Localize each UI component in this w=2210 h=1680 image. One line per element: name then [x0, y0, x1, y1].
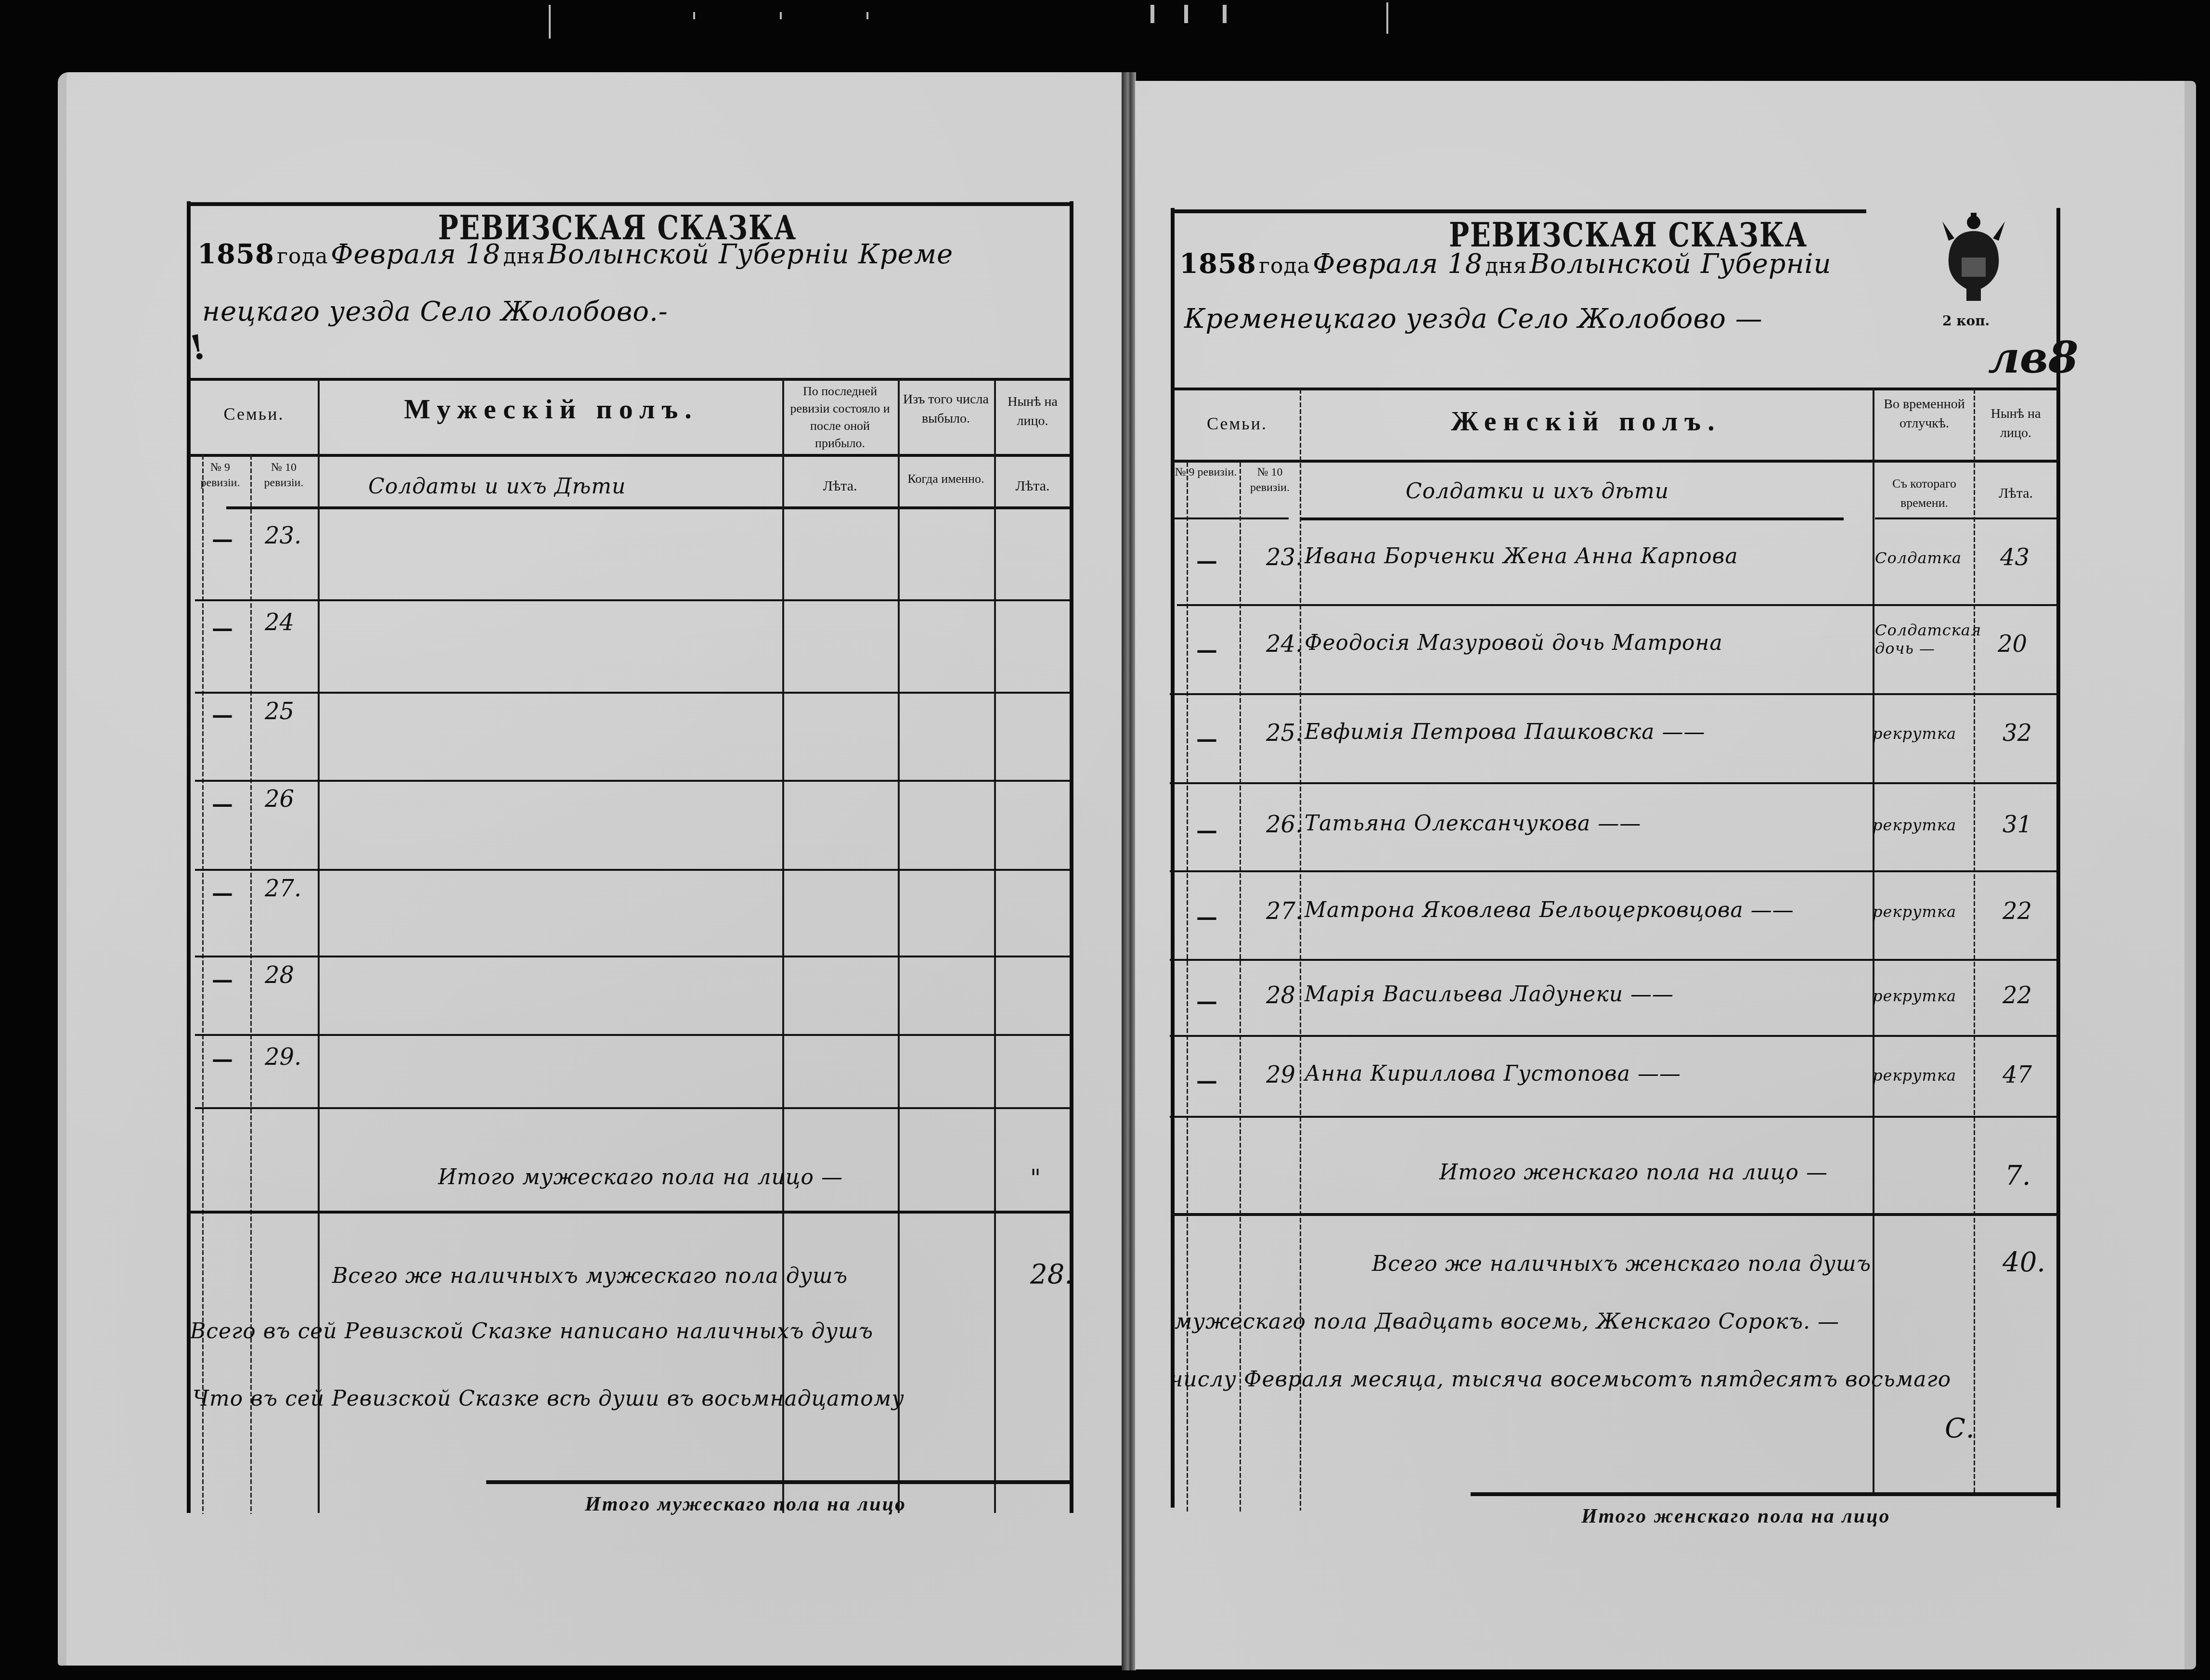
right-header-rule-right	[1875, 517, 2058, 519]
left-year: 1858	[197, 238, 274, 270]
left-footer-rule	[486, 1480, 1071, 1484]
left-closing-line2: Что въ сей Ревизской Сказке всѣ души въ …	[193, 1386, 905, 1411]
left-day-word: дня	[503, 244, 545, 269]
right-col-main: Женскій полъ.	[1302, 412, 1870, 431]
right-grand-total-value: 40.	[2003, 1247, 2045, 1278]
right-year-word: года	[1259, 254, 1310, 278]
right-total-line: Итого женскаго пола на лицо —	[1439, 1160, 1828, 1185]
right-col-temporary-absence: Во временной отлучкѣ.	[1875, 395, 1974, 433]
left-row-rev9: —	[212, 1047, 233, 1072]
right-col-sep-years	[1974, 389, 1975, 1496]
left-grand-total: Всего же наличныхъ мужескаго пола душъ	[332, 1264, 848, 1288]
right-row-rev9: —	[1196, 638, 1217, 662]
right-row-status: рекрутка	[1873, 987, 1956, 1005]
right-row-divider	[1170, 870, 2058, 872]
right-closing-line1: мужескаго пола Двадцать восемь, Женскаго…	[1175, 1309, 1839, 1334]
right-col-families: Семьи.	[1175, 414, 1300, 433]
right-total-value: 7.	[2005, 1160, 2030, 1191]
right-row-rev10: 23.	[1266, 544, 1303, 571]
right-row-status: рекрутка	[1873, 903, 1956, 921]
left-col-sep-when	[898, 379, 900, 1513]
right-row-status: рекрутка	[1873, 816, 1956, 834]
right-row-divider	[1170, 782, 2058, 784]
right-table-top-border	[1171, 209, 1866, 213]
left-month: Февраля 18	[331, 239, 501, 270]
left-row-rev10: 27.	[265, 875, 301, 902]
right-header-rule-main	[1300, 517, 1844, 520]
right-row-age: 22	[2003, 898, 2032, 925]
book-spine	[1122, 72, 1136, 1670]
right-row-divider	[1170, 959, 2058, 961]
left-row-rev10: 23.	[265, 522, 301, 549]
right-header-rule-left	[1171, 517, 1289, 519]
left-col-now-present: Нынѣ на лицо.	[996, 392, 1069, 431]
left-table-right-border	[1070, 201, 1073, 1513]
right-row-rev10: 28	[1266, 982, 1295, 1009]
double-headed-eagle-icon	[1940, 212, 2007, 308]
left-row-rev9: —	[212, 616, 233, 641]
left-header-line1: 1858 года Февраля 18 дня Волынской Губер…	[197, 238, 953, 270]
right-row-name: Анна Кириллова Густопова ——	[1305, 1061, 1681, 1086]
left-col-sep-9-10	[250, 455, 252, 1514]
right-row-divider	[1170, 693, 2058, 695]
right-row-rev9: —	[1196, 905, 1217, 930]
right-subcol-since-when: Съ котораго времени.	[1875, 474, 1974, 513]
left-row-divider	[195, 692, 1071, 694]
right-row-age: 43	[2000, 544, 2029, 571]
left-row-rev10: 24	[265, 609, 294, 636]
right-row-status: Солдатка	[1875, 549, 1962, 567]
right-col-now-present: Нынѣ на лицо.	[1976, 404, 2055, 443]
left-col-families: Семьи.	[190, 404, 318, 424]
right-year: 1858	[1179, 248, 1256, 280]
left-subcol-no10: № 10 ревизіи.	[251, 460, 316, 491]
left-row-divider	[195, 1107, 1071, 1109]
right-closing-line2: числу Февраля месяца, тысяча восемьсотъ …	[1170, 1367, 1951, 1392]
right-row-age: 31	[2003, 811, 2032, 838]
right-row-divider	[1170, 1035, 2058, 1037]
right-header-rule-top	[1171, 388, 2059, 390]
left-subcol-main: Солдаты и ихъ Дѣти	[368, 474, 626, 499]
left-row-divider	[195, 869, 1071, 871]
right-closing-mark: С.	[1945, 1413, 1975, 1444]
right-day-word: дня	[1485, 254, 1527, 278]
right-row-name: Татьяна Олексанчукова ——	[1305, 811, 1641, 836]
left-closing-line1: Всего въ сей Ревизской Сказке написано н…	[190, 1319, 873, 1344]
right-col-sep-9-10	[1240, 462, 1241, 1512]
right-row-rev9: —	[1196, 549, 1217, 573]
left-header-rule-bottom	[226, 506, 1073, 509]
right-row-rev10: 24.	[1266, 631, 1303, 658]
right-row-divider	[1170, 1116, 2058, 1118]
left-header-line2: нецкаго уезда Село Жолобово.-	[202, 296, 668, 327]
right-month: Февраля 18	[1313, 248, 1483, 280]
right-total-rule	[1171, 1213, 2059, 1216]
left-subcol-years1: Лѣта.	[785, 477, 895, 496]
right-row-divider	[1177, 604, 2058, 606]
right-row-name: Евфимія Петрова Пашковска ——	[1305, 720, 1706, 744]
left-row-rev9: —	[212, 703, 233, 727]
right-footer-rule	[1471, 1492, 2058, 1496]
right-row-name: Феодосія Мазуровой дочь Матрона	[1305, 631, 1723, 655]
right-subcol-no10: № 10 ревизіи.	[1241, 465, 1299, 495]
right-row-age: 47	[2003, 1061, 2032, 1088]
right-subcol-main: Солдатки и ихъ дѣти	[1406, 479, 1669, 504]
left-year-word: года	[277, 244, 328, 269]
right-row-status: Солдатская дочь —	[1875, 621, 1971, 658]
left-row-divider	[195, 599, 1071, 601]
left-col-sep-years2	[994, 379, 996, 1513]
left-col-sep	[202, 455, 204, 1514]
left-row-rev10: 28	[265, 962, 294, 989]
left-total-value: "	[1030, 1165, 1041, 1192]
left-row-rev9: —	[212, 968, 233, 992]
right-footer-printed: Итого женскаго пола на лицо	[1581, 1507, 1891, 1526]
right-header-line1: 1858 года Февраля 18 дня Волынской Губер…	[1179, 248, 1832, 280]
right-row-rev10: 26.	[1266, 811, 1303, 838]
left-total-rule	[187, 1211, 1073, 1214]
right-row-name: Матрона Яковлева Бельоцерковцова ——	[1305, 898, 1794, 922]
left-subcol-no9: № 9 ревизіи.	[190, 460, 250, 491]
right-row-rev9: —	[1196, 727, 1217, 751]
right-row-rev10: 29	[1266, 1061, 1295, 1088]
left-table-top-border	[187, 202, 1073, 206]
right-header-line2: Кременецкаго уезда Село Жолобово —	[1184, 303, 1763, 335]
left-col-of-that: Изъ того числа выбыло.	[900, 390, 992, 428]
right-table-left-border	[1171, 208, 1175, 1508]
right-row-rev9: —	[1196, 1069, 1217, 1093]
right-row-rev9: —	[1196, 989, 1217, 1014]
left-row-rev10: 26	[265, 786, 294, 813]
right-row-rev10: 27.	[1266, 898, 1303, 925]
right-col-sep	[1187, 462, 1188, 1512]
right-header-rule-mid	[1171, 460, 2059, 463]
right-grand-total: Всего же наличныхъ женскаго пола душъ	[1372, 1252, 1871, 1276]
stamp-value: 2 коп.	[1942, 313, 1990, 329]
right-row-age: 22	[2003, 982, 2032, 1009]
left-footer-printed: Итого мужескаго пола на лицо	[585, 1495, 906, 1514]
left-grand-total-value: 28.	[1030, 1259, 1073, 1290]
folio-number: лв8	[1988, 332, 2079, 383]
right-row-age: 20	[1998, 631, 2027, 658]
right-row-name: Марія Васильева Ладунеки ——	[1305, 982, 1674, 1007]
scan-border-marks	[0, 0, 2210, 67]
left-province: Волынской Губерніи Креме	[548, 239, 954, 270]
left-col-last-revision: По последней ревизіи состояло и после он…	[785, 383, 895, 452]
right-row-status: рекрутка	[1873, 1066, 1956, 1085]
right-row-rev10: 25.	[1266, 720, 1303, 747]
left-subcol-when: Когда именно.	[900, 469, 992, 489]
left-row-rev9: —	[212, 527, 233, 552]
left-row-divider	[195, 780, 1071, 782]
right-row-age: 32	[2003, 720, 2032, 747]
left-row-rev10: 29.	[265, 1044, 301, 1071]
right-row-rev9: —	[1196, 818, 1217, 843]
left-col-main: Мужескій полъ.	[320, 400, 782, 419]
left-header-rule-mid	[187, 454, 1073, 457]
left-row-rev10: 25	[265, 698, 294, 725]
left-row-rev9: —	[212, 792, 233, 816]
right-subcol-years: Лѣта.	[1976, 484, 2055, 503]
left-subcol-years2: Лѣта.	[996, 477, 1069, 496]
left-row-rev9: —	[212, 881, 233, 905]
right-table-right-border	[2056, 208, 2060, 1508]
left-row-divider	[195, 956, 1071, 957]
left-total-line: Итого мужескаго пола на лицо —	[438, 1165, 843, 1189]
left-table-left-border	[187, 201, 191, 1513]
right-row-status: рекрутка	[1873, 724, 1956, 743]
right-province: Волынской Губерніи	[1530, 248, 1832, 280]
right-subcol-no9: № 9 ревизіи.	[1175, 465, 1237, 480]
left-header-rule-top	[187, 378, 1073, 381]
right-col-sep-absence	[1873, 389, 1874, 1496]
left-row-divider	[195, 1034, 1071, 1036]
right-row-name: Ивана Борченки Жена Анна Карпова	[1305, 544, 1738, 569]
